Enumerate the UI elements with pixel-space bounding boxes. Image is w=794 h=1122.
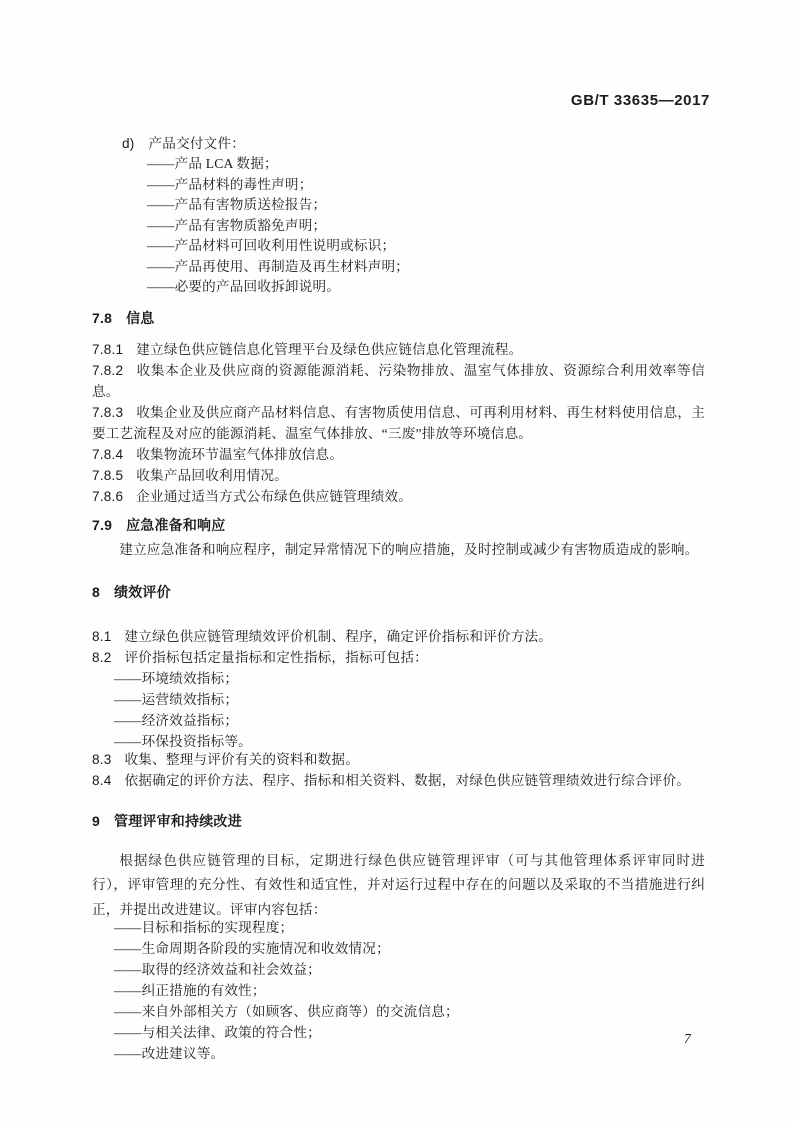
dash-item: ——必要的产品回收拆卸说明。: [147, 277, 705, 298]
dash-item: ——目标和指标的实现程度；: [114, 917, 705, 938]
dash-item: ——产品有害物质送检报告；: [147, 195, 705, 216]
dash-item: ——经济效益指标；: [114, 710, 705, 731]
clause-text: 建立绿色供应链管理绩效评价机制、程序，确定评价指标和评价方法。: [125, 629, 553, 644]
clause-text: 收集产品回收利用情况。: [136, 468, 288, 483]
section-heading-8: 8绩效评价: [92, 582, 705, 603]
clause-7-8-1: 7.8.1建立绿色供应链信息化管理平台及绿色供应链信息化管理流程。: [92, 339, 705, 360]
section-8-number: 8: [92, 584, 100, 600]
clause-number: 7.8.2: [92, 363, 123, 378]
clause-7-8-6: 7.8.6企业通过适当方式公布绿色供应链管理绩效。: [92, 486, 705, 507]
clause-8-3: 8.3收集、整理与评价有关的资料和数据。: [92, 749, 705, 770]
clause-number: 7.8.4: [92, 447, 123, 462]
page-content: d)产品交付文件： ——产品 LCA 数据； ——产品材料的毒性声明； ——产品…: [92, 133, 705, 1064]
clause-8-1: 8.1建立绿色供应链管理绩效评价机制、程序，确定评价指标和评价方法。: [92, 626, 705, 647]
clause-7-8-4: 7.8.4收集物流环节温室气体排放信息。: [92, 444, 705, 465]
dash-item: ——产品 LCA 数据；: [147, 154, 705, 175]
evaluation-indicator-list: ——环境绩效指标； ——运营绩效指标； ——经济效益指标； ——环保投资指标等。: [114, 668, 705, 752]
clause-number: 8.1: [92, 629, 112, 644]
dash-item: ——来自外部相关方（如顾客、供应商等）的交流信息；: [114, 1001, 705, 1022]
paragraph-9: 根据绿色供应链管理的目标，定期进行绿色供应链管理评审（可与其他管理体系评审同时进…: [92, 849, 705, 923]
page-number: 7: [684, 1031, 691, 1047]
document-page: GB/T 33635—2017 d)产品交付文件： ——产品 LCA 数据； —…: [0, 0, 794, 1122]
section-8-title: 绩效评价: [114, 584, 171, 600]
clause-text: 企业通过适当方式公布绿色供应链管理绩效。: [136, 489, 412, 504]
dash-item: ——产品有害物质豁免声明；: [147, 216, 705, 237]
clause-number: 7.8.5: [92, 468, 123, 483]
section-7-8-number: 7.8: [92, 310, 112, 326]
dash-item: ——产品材料的毒性声明；: [147, 175, 705, 196]
list-item-d: d)产品交付文件：: [92, 133, 705, 154]
dash-item: ——改进建议等。: [114, 1043, 705, 1064]
clause-text: 收集物流环节温室气体排放信息。: [136, 447, 343, 462]
clause-text: 评价指标包括定量指标和定性指标，指标可包括：: [125, 650, 428, 665]
clause-8-4: 8.4依据确定的评价方法、程序、指标和相关资料、数据，对绿色供应链管理绩效进行综…: [92, 770, 705, 791]
section-heading-9: 9管理评审和持续改进: [92, 811, 705, 832]
standard-code: GB/T 33635—2017: [571, 92, 710, 109]
clause-text: 依据确定的评价方法、程序、指标和相关资料、数据，对绿色供应链管理绩效进行综合评价…: [125, 773, 691, 788]
dash-item: ——产品再使用、再制造及再生材料声明；: [147, 257, 705, 278]
dash-item: ——与相关法律、政策的符合性；: [114, 1022, 705, 1043]
dash-item: ——运营绩效指标；: [114, 689, 705, 710]
section-7-9-number: 7.9: [92, 517, 112, 533]
section-7-9-title: 应急准备和响应: [126, 517, 225, 533]
clause-number: 8.3: [92, 752, 112, 767]
dash-item: ——取得的经济效益和社会效益；: [114, 959, 705, 980]
clause-number: 7.8.3: [92, 405, 123, 420]
list-item-d-text: 产品交付文件：: [149, 136, 246, 151]
dash-item: ——产品材料可回收利用性说明或标识；: [147, 236, 705, 257]
product-delivery-doc-list: ——产品 LCA 数据； ——产品材料的毒性声明； ——产品有害物质送检报告； …: [147, 154, 705, 298]
clause-text: 收集本企业及供应商的资源能源消耗、污染物排放、温室气体排放、资源综合利用效率等信…: [92, 363, 705, 399]
review-content-list: ——目标和指标的实现程度； ——生命周期各阶段的实施情况和收效情况； ——取得的…: [114, 917, 705, 1064]
clause-7-8-3: 7.8.3收集企业及供应商产品材料信息、有害物质使用信息、可再利用材料、再生材料…: [92, 402, 705, 444]
clause-8-2: 8.2评价指标包括定量指标和定性指标，指标可包括：: [92, 647, 705, 668]
clause-7-8-5: 7.8.5收集产品回收利用情况。: [92, 465, 705, 486]
clause-text: 建立绿色供应链信息化管理平台及绿色供应链信息化管理流程。: [136, 342, 522, 357]
paragraph-7-9: 建立应急准备和响应程序，制定异常情况下的响应措施，及时控制或减少有害物质造成的影…: [92, 539, 705, 560]
section-9-number: 9: [92, 813, 100, 829]
clause-number: 7.8.1: [92, 342, 123, 357]
section-heading-7-9: 7.9应急准备和响应: [92, 515, 705, 536]
clause-number: 8.2: [92, 650, 112, 665]
clause-text: 收集、整理与评价有关的资料和数据。: [125, 752, 360, 767]
list-item-d-marker: d): [122, 136, 135, 151]
clause-7-8-2: 7.8.2收集本企业及供应商的资源能源消耗、污染物排放、温室气体排放、资源综合利…: [92, 360, 705, 402]
clause-text: 收集企业及供应商产品材料信息、有害物质使用信息、可再利用材料、再生材料使用信息，…: [92, 405, 705, 441]
dash-item: ——生命周期各阶段的实施情况和收效情况；: [114, 938, 705, 959]
section-9-title: 管理评审和持续改进: [114, 813, 242, 829]
dash-item: ——纠正措施的有效性；: [114, 980, 705, 1001]
dash-item: ——环境绩效指标；: [114, 668, 705, 689]
clause-number: 7.8.6: [92, 489, 123, 504]
clause-number: 8.4: [92, 773, 112, 788]
section-7-8-title: 信息: [126, 310, 154, 326]
section-heading-7-8: 7.8信息: [92, 308, 705, 329]
